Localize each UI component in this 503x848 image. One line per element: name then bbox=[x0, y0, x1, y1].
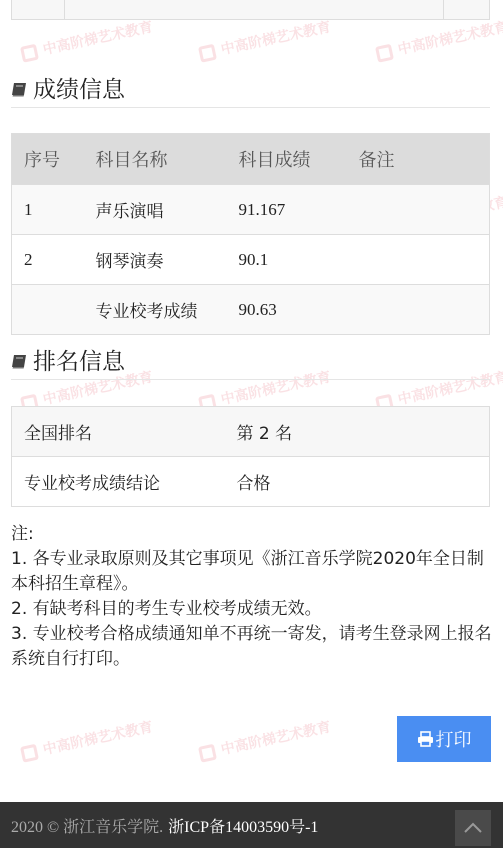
conclusion-value: 合格 bbox=[225, 457, 490, 507]
table-row: 2 钢琴演奏 90.1 bbox=[12, 235, 490, 285]
table-row: 全国排名 第 2 名 bbox=[12, 407, 490, 457]
row-remark bbox=[347, 185, 490, 235]
column-header-score: 科目成绩 bbox=[227, 134, 347, 185]
chevron-up-icon bbox=[463, 822, 483, 834]
row-index: 2 bbox=[12, 235, 84, 285]
printer-icon bbox=[417, 731, 434, 747]
rank-table: 全国排名 第 2 名 专业校考成绩结论 合格 bbox=[11, 406, 490, 507]
footer: 2020 © 浙江音乐学院. 浙ICP备14003590号-1 bbox=[0, 802, 503, 848]
table-row: 专业校考成绩 90.63 bbox=[12, 285, 490, 335]
score-section-header: 成绩信息 bbox=[11, 68, 490, 108]
table-divider bbox=[443, 0, 444, 19]
row-index bbox=[12, 285, 84, 335]
note-item: 3. 专业校考合格成绩通知单不再统一寄发，请考生登录网上报名系统自行打印。 bbox=[11, 622, 496, 672]
notes-heading: 注: bbox=[11, 522, 496, 547]
row-index: 1 bbox=[12, 185, 84, 235]
print-button[interactable]: 打印 bbox=[397, 716, 491, 762]
column-header-index: 序号 bbox=[12, 134, 84, 185]
watermark: 中高阶梯艺术教育 bbox=[197, 716, 332, 763]
table-header-row: 序号 科目名称 科目成绩 备注 bbox=[12, 134, 490, 185]
notes: 注: 1. 各专业录取原则及其它事项见《浙江音乐学院2020年全日制本科招生章程… bbox=[11, 522, 496, 672]
row-score: 91.167 bbox=[227, 185, 347, 235]
footer-copyright: 2020 © 浙江音乐学院. bbox=[11, 814, 163, 837]
row-remark bbox=[347, 235, 490, 285]
note-item: 1. 各专业录取原则及其它事项见《浙江音乐学院2020年全日制本科招生章程》。 bbox=[11, 547, 496, 597]
table-divider bbox=[64, 0, 65, 19]
column-header-subject: 科目名称 bbox=[84, 134, 227, 185]
rank-section-header: 排名信息 bbox=[11, 340, 490, 380]
row-subject: 声乐演唱 bbox=[84, 185, 227, 235]
watermark: 中高阶梯艺术教育 bbox=[197, 16, 332, 63]
note-item: 2. 有缺考科目的考生专业校考成绩无效。 bbox=[11, 597, 496, 622]
print-button-label: 打印 bbox=[436, 726, 472, 752]
row-subject: 专业校考成绩 bbox=[84, 285, 227, 335]
rank-label: 全国排名 bbox=[12, 407, 225, 457]
score-table: 序号 科目名称 科目成绩 备注 1 声乐演唱 91.167 2 钢琴演奏 90.… bbox=[11, 133, 490, 335]
book-icon bbox=[11, 82, 27, 97]
row-score: 90.63 bbox=[227, 285, 347, 335]
score-section-title: 成绩信息 bbox=[33, 71, 125, 104]
previous-table-remnant bbox=[11, 0, 490, 20]
row-score: 90.1 bbox=[227, 235, 347, 285]
back-to-top-button[interactable] bbox=[455, 810, 491, 846]
book-icon bbox=[11, 354, 27, 369]
rank-value: 第 2 名 bbox=[225, 407, 490, 457]
row-remark bbox=[347, 285, 490, 335]
watermark: 中高阶梯艺术教育 bbox=[19, 716, 154, 763]
table-row: 1 声乐演唱 91.167 bbox=[12, 185, 490, 235]
conclusion-label: 专业校考成绩结论 bbox=[12, 457, 225, 507]
watermark: 中高阶梯艺术教育 bbox=[19, 16, 154, 63]
footer-icp-link[interactable]: 浙ICP备14003590号-1 bbox=[168, 814, 318, 837]
watermark: 中高阶梯艺术教育 bbox=[374, 16, 503, 63]
column-header-remark: 备注 bbox=[347, 134, 490, 185]
row-subject: 钢琴演奏 bbox=[84, 235, 227, 285]
table-row: 专业校考成绩结论 合格 bbox=[12, 457, 490, 507]
rank-section-title: 排名信息 bbox=[33, 343, 125, 376]
